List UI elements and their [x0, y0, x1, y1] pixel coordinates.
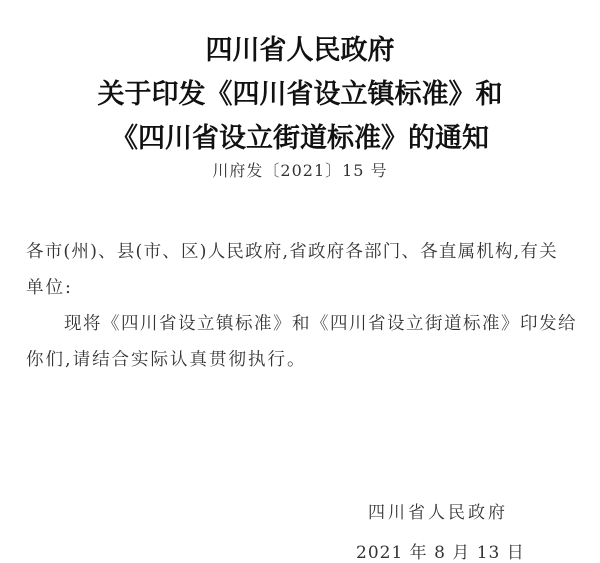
body-paragraph-line-2: 你们,请结合实际认真贯彻执行。	[26, 346, 307, 371]
body-addressees-line-2: 单位:	[26, 274, 73, 299]
signature-date: 2021 年 8 月 13 日	[356, 538, 525, 563]
title-line-subject-2: 《四川省设立街道标准》的通知	[0, 116, 600, 155]
body-addressees-line-1: 各市(州)、县(市、区)人民政府,省政府各部门、各直属机构,有关	[26, 238, 558, 263]
document-number: 川府发〔2021〕15 号	[0, 158, 600, 181]
signature-issuer: 四川省人民政府	[368, 498, 508, 523]
title-line-subject-1: 关于印发《四川省设立镇标准》和	[0, 72, 600, 111]
body-paragraph-line-1: 现将《四川省设立镇标准》和《四川省设立街道标准》印发给	[64, 310, 577, 335]
title-line-issuer: 四川省人民政府	[0, 28, 600, 67]
